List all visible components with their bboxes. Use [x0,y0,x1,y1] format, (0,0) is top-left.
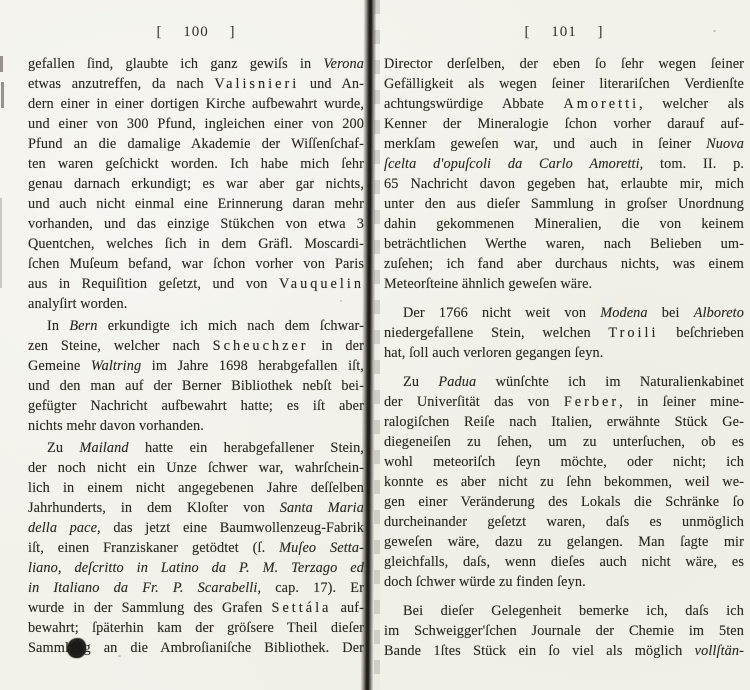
text-segment: gleichfalls, daſs, wenn dieſes auch nich… [384,554,744,570]
text-segment: hatte ein herabgefallener Stein, [129,440,364,456]
italic-text: della pace, [28,520,101,536]
text-line: vorhanden, und das einzige Stükchen von … [28,214,364,234]
page-100-text: gefallen ſind, glaubte ich ganz gewiſs i… [28,54,364,658]
text-line: Meteorſteine ähnlich geweſen wäre. [384,274,744,294]
text-segment: tom. II. p. [643,156,744,172]
text-line: Pfund an die damalige Akademie der Wiſſe… [28,134,364,154]
text-line: gefallen ſind, glaubte ich ganz gewiſs i… [28,54,364,74]
gutter-smudge [374,0,380,690]
letterspaced-name: Scheuchzer [213,338,309,354]
text-line: ralogiſchen Reiſe nach Italien, erwähnte… [384,412,744,432]
text-line: Bande 1ſtes Stück ein ſo viel als möglic… [384,641,744,661]
text-segment: genau darnach erkundigt; es war aber gar… [28,176,364,192]
text-segment: , in ſeiner mine- [619,394,744,410]
text-line: im Schweigger'ſchen Journale der Chemie … [384,621,744,641]
text-segment: zen Steine, welcher nach [28,338,213,354]
text-segment: Der 1766 nicht weit von [403,305,600,321]
italic-text: Santa Maria [280,500,364,516]
text-line: unter den aus dieſer Sammlung in groſser… [384,194,744,214]
text-line: analyſirt worden. [28,294,364,314]
text-line: geweſen wäre, dazu zu gelangen. Man ſagt… [384,532,744,552]
text-segment: iſt, einen Franziskaner getödtet (ſ. [28,540,279,556]
text-line: iſt, einen Franziskaner getödtet (ſ. Muſ… [28,538,364,558]
text-line: und den man auf der Berner Bibliothek ne… [28,376,364,396]
text-segment: bei [648,305,694,321]
text-segment: ten waren geſchickt worden. Ich habe mic… [28,156,364,172]
text-segment: und einer von 300 Pfund, ingleichen eine… [28,116,364,132]
text-segment: auf- [331,600,364,616]
text-line: liano, deſcritto in Latino da P. M. Terz… [28,558,364,578]
text-line: diegeneiſen zu ſehen, um zu unterſuchen,… [384,432,744,452]
text-segment: der noch nicht ein Unze ſchwer war, wahr… [28,460,364,476]
text-line: della pace, das jetzt eine Baumwollenzeu… [28,518,364,538]
text-line: konnte es aber nicht zu ſehn bekommen, w… [384,472,744,492]
italic-text: Bern [69,318,97,334]
text-line: nichts mehr davon vorhanden. [28,416,364,436]
text-segment: unter den aus dieſer Sammlung in groſser… [384,196,744,212]
text-segment: cap. 17). Er [261,580,364,596]
italic-text: Waltring [91,358,141,374]
page-number-left: [ 100 ] [28,22,364,42]
text-line: aus in Requiſition geſetzt, und von Vauq… [28,274,364,294]
text-line: Director derſelben, der eben ſo ſehr weg… [384,54,744,74]
italic-text: Alboreto [694,305,744,321]
italic-text: Modena [600,305,647,321]
ink-blot: un [69,640,84,656]
text-segment: beträchtlichen Werthe waren, nach Belieb… [384,236,744,252]
text-segment: nichts mehr davon vorhanden. [28,418,204,434]
italic-text: vollſtän- [695,643,744,659]
italic-text: in Italiano da Fr. P. Scarabelli, [28,580,261,596]
italic-text: Mailand [79,440,128,456]
text-segment: beſchrieben [658,325,744,341]
text-segment: Gemeine [28,358,91,374]
paragraph: Director derſelben, der eben ſo ſehr weg… [384,54,744,294]
text-line: bewahrt; ſpäterhin kam der gröſsere Thei… [28,618,364,638]
text-line: der Univerſität das von Ferber, in ſeine… [384,392,744,412]
text-segment: erkundigte ich mich nach dem ſchwar- [98,318,364,334]
letterspaced-name: Settála [272,600,332,616]
text-line: dahin gekommenen Mineralien, die von kei… [384,214,744,234]
paragraph: Zu Padua wünſchte ich im Naturalienkabin… [384,372,744,592]
text-segment: Pfund an die damalige Akademie der Wiſſe… [28,136,364,152]
text-segment: ralogiſchen Reiſe nach Italien, erwähnte… [384,414,744,430]
text-line: achtungswürdige Abbate Amoretti, welcher… [384,94,744,114]
text-segment: Zu [403,374,438,390]
text-line: zuſehen; ich fand aber durchaus nichts, … [384,254,744,274]
scan-edge-mark [0,56,3,72]
letterspaced-name: Amoretti [563,96,639,112]
text-line: Zu Padua wünſchte ich im Naturalienkabin… [384,372,744,392]
text-segment: wurde in der Sammlung des Grafen [28,600,272,616]
text-segment: im Schweigger'ſchen Journale der Chemie … [384,623,744,639]
text-segment: lich in einem nicht angegebenen Jahre de… [28,480,364,496]
paragraph: Bei dieſer Gelegenheit bemerke ich, daſs… [384,601,744,661]
text-segment: ſchen Muſeum befand, war ſchon vorher vo… [28,256,364,272]
text-segment: der Univerſität das von [384,394,564,410]
text-segment: g an die Ambroſianiſche Bibliothek. Der [84,640,364,656]
text-segment: Quentchen, welches ſich in dem Gräfl. Mo… [28,236,364,252]
text-line: durcheinander geſetzt waren, daſs es unm… [384,512,744,532]
text-line: gleichfalls, daſs, wenn dieſes auch nich… [384,552,744,572]
text-segment: zuſehen; ich fand aber durchaus nichts, … [384,256,744,272]
text-segment: und den man auf der Berner Bibliothek ne… [28,378,364,394]
text-segment: gefallen ſind, glaubte ich ganz gewiſs i… [28,56,323,72]
italic-text: liano, deſcritto in Latino da P. M. Terz… [28,560,364,576]
text-segment: dern einer in einer dortigen Kirche aufb… [28,96,364,112]
text-segment: durcheinander geſetzt waren, daſs es unm… [384,514,744,530]
text-segment: hat, ſoll auch verloren gegangen ſeyn. [384,345,603,361]
text-segment: Gefälligkeit als wegen ſeiner literariſc… [384,76,744,92]
text-segment: etwas anzutreffen, da nach [28,76,214,92]
text-segment: achtungswürdige Abbate [384,96,563,112]
paragraph: gefallen ſind, glaubte ich ganz gewiſs i… [28,54,364,314]
text-line: gefügter Nachricht aufbewahrt hatte; es … [28,396,364,416]
text-line: etwas anzutreffen, da nach Valisnieri un… [28,74,364,94]
text-segment: konnte es aber nicht zu ſehn bekommen, w… [384,474,744,490]
text-segment: Kenner der Mineralogie ſchon vorher dara… [384,116,744,132]
text-segment: wohl meteoriſch ſeyn möchte, oder nicht;… [384,454,744,470]
text-line: in Italiano da Fr. P. Scarabelli, cap. 1… [28,578,364,598]
text-line: In Bern erkundigte ich mich nach dem ſch… [28,316,364,336]
letterspaced-name: Ferber [564,394,619,410]
text-line: Quentchen, welches ſich in dem Gräfl. Mo… [28,234,364,254]
text-segment: , welcher als [639,96,744,112]
text-line: Gemeine Waltring im Jahre 1698 herabgefa… [28,356,364,376]
text-line: und auch nicht einmal eine Erinnerung da… [28,194,364,214]
text-segment: Meteorſteine ähnlich geweſen wäre. [384,276,592,292]
text-segment: Bei dieſer Gelegenheit bemerke ich, daſs… [403,603,744,619]
page-number-right: [ 101 ] [384,22,744,42]
italic-text: Nuova [706,136,744,152]
letterspaced-name: Vauquelin [279,276,364,292]
text-line: wohl meteoriſch ſeyn möchte, oder nicht;… [384,452,744,472]
text-segment: Jahrhunderts, in dem Kloſter von [28,500,280,516]
letterspaced-name: Troili [608,325,658,341]
text-line: Zu Mailand hatte ein herabgefallener Ste… [28,438,364,458]
text-segment: niedergefallene Stein, welchen [384,325,608,341]
text-line: wurde in der Sammlung des Grafen Settála… [28,598,364,618]
text-line: Kenner der Mineralogie ſchon vorher dara… [384,114,744,134]
text-segment: wünſchte ich im Naturalienkabinet [476,374,744,390]
text-segment: analyſirt worden. [28,296,127,312]
scan-edge-mark [1,82,4,108]
text-line: lich in einem nicht angegebenen Jahre de… [28,478,364,498]
text-line: ſcelta d'opuſcoli da Carlo Amoretti, tom… [384,154,744,174]
text-segment: doch ſchwer würde zu finden ſeyn. [384,574,586,590]
text-segment: 65 Nachricht davon gegeben hat, erlaubte… [384,176,744,192]
italic-text: ſcelta d'opuſcoli da Carlo Amoretti, [384,156,643,172]
text-segment: im Jahre 1698 herabgefallen iſt, [141,358,364,374]
text-line: doch ſchwer würde zu finden ſeyn. [384,572,744,592]
text-segment: merkſam geweſen war, und auch in ſeiner [384,136,706,152]
text-segment: und An- [299,76,364,92]
paragraph: Der 1766 nicht weit von Modena bei Albor… [384,303,744,363]
text-line: gen einer Veränderung des Lokals die Sch… [384,492,744,512]
text-segment: bewahrt; ſpäterhin kam der gröſsere Thei… [28,620,364,636]
text-segment: Director derſelben, der eben ſo ſehr weg… [384,56,744,72]
text-line: niedergefallene Stein, welchen Troili be… [384,323,744,343]
text-segment: in der [309,338,364,354]
book-page-101: [ 101 ] Director derſelben, der eben ſo … [384,0,744,661]
text-segment: geweſen wäre, dazu zu gelangen. Man ſagt… [384,534,744,550]
italic-text: Muſeo Setta- [279,540,364,556]
scan-edge-mark [0,198,2,288]
text-line: zen Steine, welcher nach Scheuchzer in d… [28,336,364,356]
text-line: Bei dieſer Gelegenheit bemerke ich, daſs… [384,601,744,621]
text-line: dern einer in einer dortigen Kirche aufb… [28,94,364,114]
book-page-100: [ 100 ] gefallen ſind, glaubte ich ganz … [28,0,364,658]
text-line: ten waren geſchickt worden. Ich habe mic… [28,154,364,174]
letterspaced-name: Valisnieri [214,76,299,92]
text-line: ſchen Muſeum befand, war ſchon vorher vo… [28,254,364,274]
text-segment: Zu [47,440,79,456]
text-segment: Samml [28,640,69,656]
text-line: der noch nicht ein Unze ſchwer war, wahr… [28,458,364,478]
text-segment: gen einer Veränderung des Lokals die Sch… [384,494,744,510]
text-line: beträchtlichen Werthe waren, nach Belieb… [384,234,744,254]
text-segment: und auch nicht einmal eine Erinnerung da… [28,196,364,212]
text-line: und einer von 300 Pfund, ingleichen eine… [28,114,364,134]
text-segment: In [47,318,69,334]
text-segment: dahin gekommenen Mineralien, die von kei… [384,216,744,232]
text-line: hat, ſoll auch verloren gegangen ſeyn. [384,343,744,363]
page-101-text: Director derſelben, der eben ſo ſehr weg… [384,54,744,661]
italic-text: Verona [323,56,364,72]
text-line: Der 1766 nicht weit von Modena bei Albor… [384,303,744,323]
text-segment: diegeneiſen zu ſehen, um zu unterſuchen,… [384,434,744,450]
paragraph: In Bern erkundigte ich mich nach dem ſch… [28,316,364,436]
text-line: Gefälligkeit als wegen ſeiner literariſc… [384,74,744,94]
paragraph: Zu Mailand hatte ein herabgefallener Ste… [28,438,364,658]
text-segment: aus in Requiſition geſetzt, und von [28,276,279,292]
text-line: Jahrhunderts, in dem Kloſter von Santa M… [28,498,364,518]
italic-text: Padua [438,374,476,390]
text-segment: das jetzt eine Baumwollenzeug-Fabrik [101,520,364,536]
text-line: Sammlung an die Ambroſianiſche Bibliothe… [28,638,364,658]
text-segment: Bande 1ſtes Stück ein ſo viel als möglic… [384,643,695,659]
text-line: merkſam geweſen war, und auch in ſeiner … [384,134,744,154]
text-line: 65 Nachricht davon gegeben hat, erlaubte… [384,174,744,194]
text-segment: gefügter Nachricht aufbewahrt hatte; es … [28,398,364,414]
text-segment: vorhanden, und das einzige Stükchen von … [28,216,364,232]
text-line: genau darnach erkundigt; es war aber gar… [28,174,364,194]
